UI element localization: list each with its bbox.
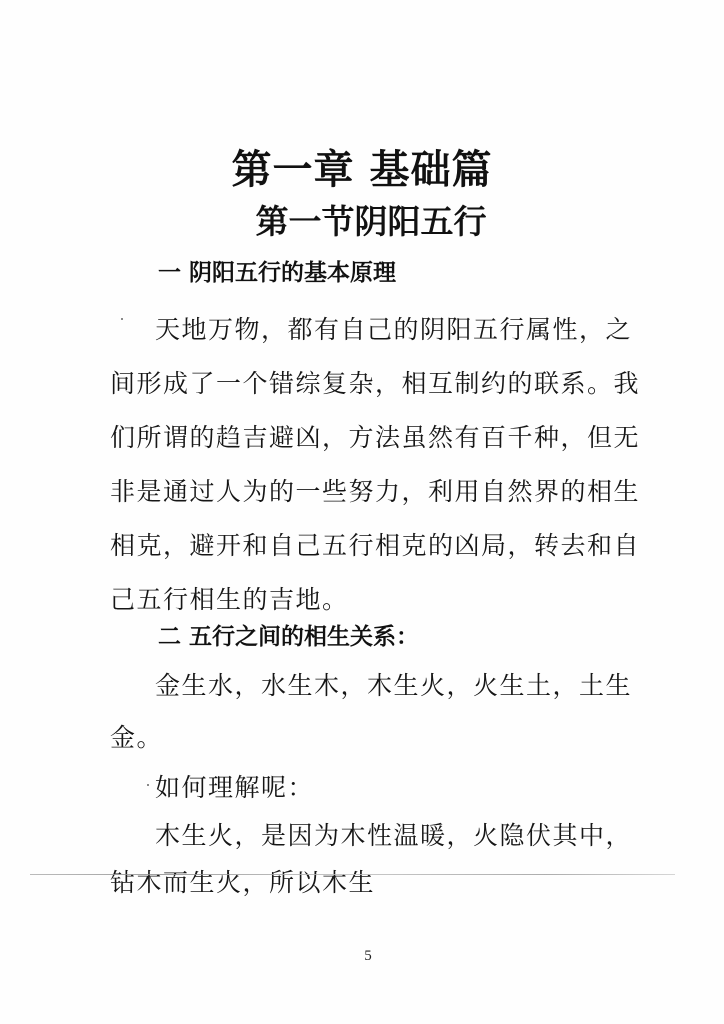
document-page: 第一章 基础篇 第一节阴阳五行 一 阴阳五行的基本原理 天地万物，都有自己的阴阳… [0,0,724,1024]
text-line: 木生火，是因为木性温暖，火隐伏其中， [155,816,632,852]
page-number: 5 [0,948,724,965]
text-line: 金。 [110,718,163,754]
section-title: 第一节阴阳五行 [0,196,724,243]
chapter-title: 第一章 基础篇 [0,138,724,195]
scan-speck [121,318,123,320]
text-line: 非是通过人为的一些努力，利用自然界的相生 [110,472,640,508]
text-line: 金生水，水生木，木生火，火生土，土生 [155,666,632,702]
scan-fold-line [30,874,675,875]
text-line: 间形成了一个错综复杂，相互制约的联系。我 [110,364,640,400]
scan-speck [147,784,149,786]
text-line: 钻木而生火，所以木生 [110,863,375,899]
heading-generation-cycle: 二 五行之间的相生关系： [158,618,419,651]
text-line: 相克，避开和自己五行相克的凶局，转去和自 [110,526,640,562]
text-line: 己五行相生的吉地。 [110,580,349,616]
text-line: 们所谓的趋吉避凶，方法虽然有百千种，但无 [110,418,640,454]
text-line: 天地万物，都有自己的阴阳五行属性，之 [155,310,632,346]
heading-basic-principles: 一 阴阳五行的基本原理 [158,254,396,287]
text-line: 如何理解呢： [155,768,314,804]
